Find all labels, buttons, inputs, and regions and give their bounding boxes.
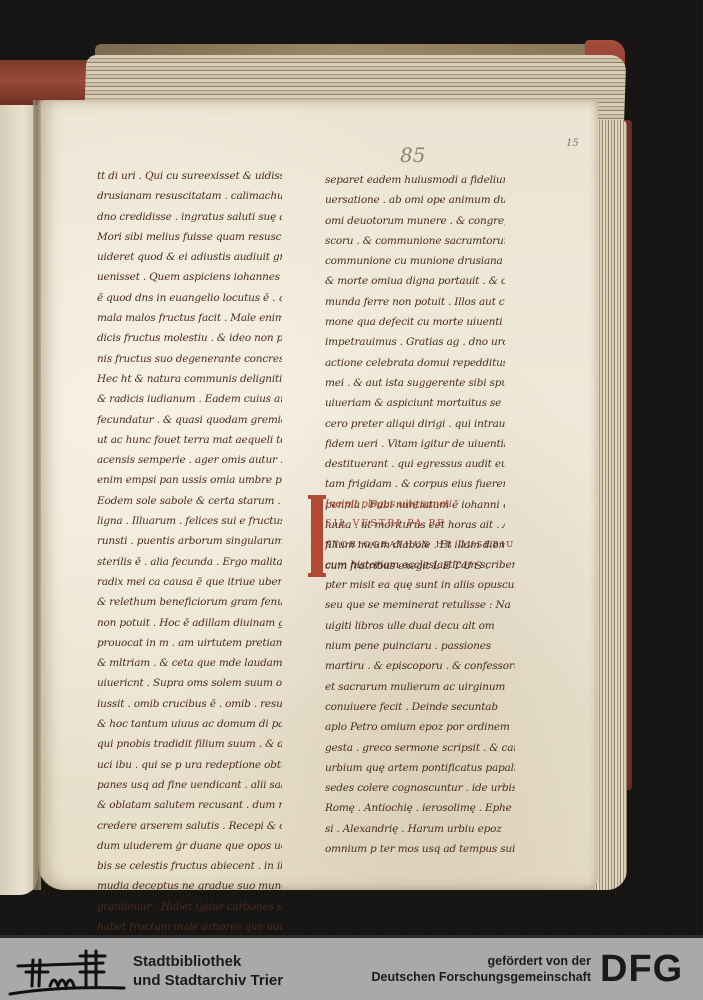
manuscript-line: uci ibu . qui se p ura redeptione obtuli… (97, 755, 282, 775)
text-column-right-lower: Incipit plogus uitę sancti SIL VESTRI PA… (325, 494, 515, 859)
stadtbibliothek-trier-logo-icon (8, 946, 126, 996)
manuscript-line: uiuericnt . Supra oms solem suum ori (97, 673, 282, 693)
manuscript-line: uersatione . ab omi ope animum dum . ab (325, 190, 505, 210)
manuscript-line: separet eadem huiusmodi a fidelium con (325, 170, 505, 190)
manuscript-line: et sacrarum mulierum ac uirginum (325, 677, 515, 697)
manuscript-line: mone qua defecit cu morte uiuenti (325, 312, 505, 332)
manuscript-line: communione cu munione drusiana . cuius (325, 251, 505, 271)
manuscript-line: tt di uri . Qui cu sureexisset & uidisse… (97, 166, 282, 186)
manuscript-line: scoru . & communione sacramtorum . non h… (325, 231, 505, 251)
manuscript-line: aplo Petro omium epoz por ordinem (325, 717, 515, 737)
manuscript-line: dno credidisse . ingratus saluti suę ait… (97, 207, 282, 227)
manuscript-line: enim empsi pan ussis omia umbre phutr (97, 470, 282, 490)
manuscript-line: cum historiam ecclesiasticam scriberet (325, 555, 515, 575)
manuscript-line: cero preter aliqui dirigi . qui intrauen… (325, 414, 505, 434)
library-name-line1: Stadtbibliothek (133, 952, 283, 971)
manuscript-line: qui pnobis tradidit filium suum . & din (97, 734, 282, 754)
text-column-left: tt di uri . Qui cu sureexisset & uidisse… (97, 166, 282, 935)
funding-note: gefördert von der Deutschen Forschungsge… (372, 953, 592, 985)
manuscript-line: Eodem sole sabole & certa starum . &c (97, 491, 282, 511)
rubric-subtitle: STORIOGRATHUS HR OUSEBIU (325, 535, 515, 555)
manuscript-line: uigiti libros ulle dual decu alt om (325, 616, 515, 636)
manuscript-line: runsti . puentis arborum singularum . Al… (97, 531, 282, 551)
manuscript-line: nis fructus suo degenerante concrescere … (97, 349, 282, 369)
manuscript-line: & oblatam salutem recusant . dum noluit (97, 795, 282, 815)
manuscript-line: sedes colere cognoscuntur . ide urbis (325, 778, 515, 798)
folio-number-pencil: 15 (566, 138, 579, 149)
manuscript-line: & morte omiua digna portauit . & cui (325, 271, 505, 291)
rubric-title: SIL VESTRI PA PE . (325, 514, 515, 534)
manuscript-line: credere arserem salutis . Recepi & cum (97, 816, 282, 836)
manuscript-line: dum uiuderem ġr duane que opos uos (97, 836, 282, 856)
manuscript-line: & hoc tantum uiuus ac domum di patris (97, 714, 282, 734)
manuscript-line: tam frigidam . & corpus eius fuerena fer (325, 474, 505, 494)
rubric-incipit: Incipit plogus uitę sancti (325, 494, 515, 514)
library-name: Stadtbibliothek und Stadtarchiv Trier (133, 952, 283, 990)
manuscript-line: Mori sibi melius fuisse quam resuscitari… (97, 227, 282, 247)
manuscript-line: impetrauimus . Gratias ag . dno uro xpo (325, 332, 505, 352)
manuscript-line: omnium p ter mos usq ad tempus sui (325, 839, 515, 859)
library-name-line2: und Stadtarchiv Trier (133, 971, 283, 990)
manuscript-line: iussit . omib crucibus ē . omib . resurr… (97, 694, 282, 714)
manuscript-line: & mltriam . & ceta que mde laudamus (97, 653, 282, 673)
manuscript-line: Hec ht & natura communis delignitis (97, 369, 282, 389)
manuscript-line: uideret quod & ei adiustis audiuit gra p (97, 247, 282, 267)
manuscript-line: radix mei ca causa ē que itriue uberiati… (97, 572, 282, 592)
manuscript-line: munda ferre non potuit . Illos aut cōmu (325, 292, 505, 312)
rubricated-initial-i (311, 497, 323, 575)
manuscript-line: ligna . Illuarum . felices sui e fructus… (97, 511, 282, 531)
manuscript-line: fecundatur . & quasi quodam gremia paren (97, 410, 282, 430)
manuscript-line: omi deuotorum munere . & congregatione (325, 211, 505, 231)
manuscript-line: uiueriam & aspiciunt mortuitus se . Ce (325, 393, 505, 413)
manuscript-line: & relethum beneficiorum gram fenure (97, 592, 282, 612)
manuscript-line: urbium quę artem pontificatus papalica (325, 758, 515, 778)
manuscript-line: actione celebrata domui repedditus andro (325, 353, 505, 373)
manuscript-line: non potuit . Hoc ē adillam diuinam gram (97, 613, 282, 633)
manuscript-line: destituerant . qui egressus audit eum (325, 454, 505, 474)
manuscript-line: si . Alexandrię . Harum urbiu epoz (325, 819, 515, 839)
manuscript-line: panes usq ad fine uendicant . alii salu … (97, 775, 282, 795)
manuscript-line: conuiuere fecit . Deinde secuntab (325, 697, 515, 717)
manuscript-line: sterilis ē . alia fecunda . Ergo malita … (97, 552, 282, 572)
dfg-logo-icon: DFG (600, 951, 683, 987)
manuscript-line: dicis fructus molestiu . & ideo non pote… (97, 328, 282, 348)
manuscript-line: prouocat in m . am uirtutem pretiam (97, 633, 282, 653)
manuscript-line: acensis semperie . ager omis autur . Dum (97, 450, 282, 470)
manuscript-viewer: 85 15 tt di uri . Qui cu sureexisset & u… (0, 0, 703, 935)
folio-number: 85 (400, 143, 425, 167)
book-gutter (33, 100, 41, 890)
funding-line1: gefördert von der (372, 953, 592, 969)
manuscript-line: gesta . greco sermone scripsit . & carii (325, 738, 515, 758)
manuscript-line: granlamur . Habet igitur carbones suos . (97, 897, 282, 917)
manuscript-line: mala malos fructus facit . Male enim ra (97, 308, 282, 328)
manuscript-line: & radicis iudianum . Eadem cuius arbore (97, 389, 282, 409)
manuscript-line: drusianam resuscitatam . calimachum (97, 186, 282, 206)
footer-banner: Stadtbibliothek und Stadtarchiv Trier ge… (0, 935, 703, 1000)
manuscript-line: pter misit ea quę sunt in aliis opusculi… (325, 575, 515, 595)
manuscript-line: ut ac hunc fouet terra mat aequeli terit… (97, 430, 282, 450)
manuscript-line: mudia deceptus ne gradue suo muner (97, 876, 282, 896)
manuscript-line: mei . & aut ista suggerente sibi spu sco (325, 373, 505, 393)
manuscript-line: Romę . Antiochię . ierosolimę . Ephe (325, 798, 515, 818)
funding-line2: Deutschen Forschungsgemeinschaft (372, 969, 592, 985)
manuscript-line: fidem ueri . Vitam igitur de uiuentibus (325, 434, 505, 454)
manuscript-line: habet fructum male arbores que aucen (97, 917, 282, 935)
manuscript-line: seu que se meminerat retulisse : Na (325, 595, 515, 615)
manuscript-line: bis se celestis fructus abiecent . in il… (97, 856, 282, 876)
manuscript-line: martiru . & episcoporu . & confessoru (325, 656, 515, 676)
manuscript-line: nium pene puinciaru . passiones (325, 636, 515, 656)
manuscript-line: uenisset . Quem aspiciens iohannes ait .… (97, 267, 282, 287)
manuscript-line: ē quod dns in euangelio locutus ē . quia… (97, 288, 282, 308)
